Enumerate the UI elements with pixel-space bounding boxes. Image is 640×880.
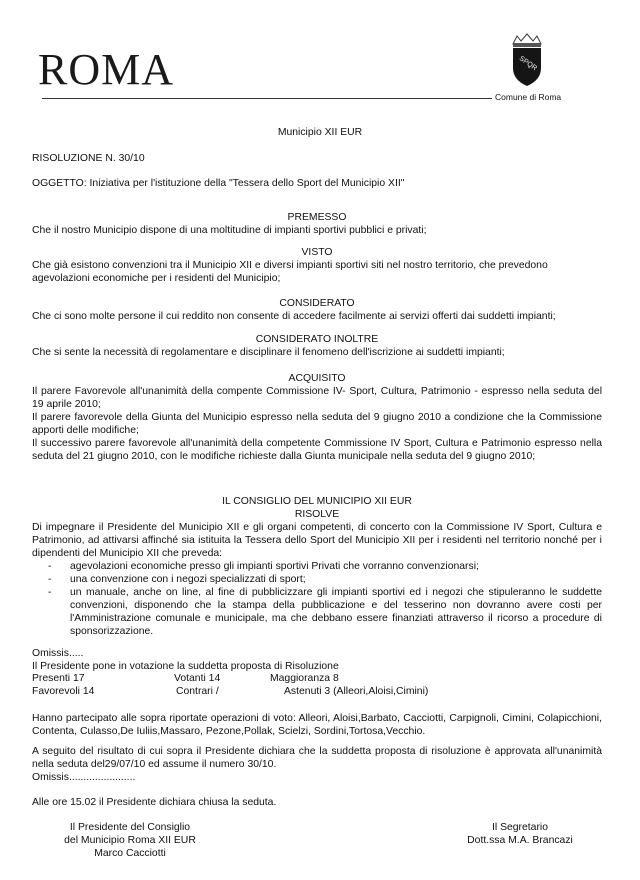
astenuti-count: Astenuti 3 (Alleori,Aloisi,Cimini) [284, 685, 428, 698]
acquisito-paragraph: Il parere Favorevole all'unanimità della… [32, 385, 602, 411]
considerato-text: Che ci sono molte persone il cui reddito… [32, 310, 602, 323]
favorevoli-count: Favorevoli 14 [32, 685, 94, 698]
risolve-heading: RISOLVE [32, 508, 602, 521]
maggioranza-count: Maggioranza 8 [270, 672, 339, 685]
bullet-item: -una convenzione con i negozi specializz… [32, 573, 602, 586]
oggetto-line: OGGETTO: Iniziativa per l'istituzione de… [32, 177, 404, 190]
omissis-1: Omissis..... [32, 647, 83, 660]
partecipanti-text: Hanno partecipato alle sopra riportate o… [32, 712, 602, 738]
presidente-signature: Il Presidente del Consiglio del Municipi… [50, 821, 210, 860]
risolve-body: Di impegnare il Presidente del Municipio… [32, 521, 602, 638]
considerato-inoltre-text: Che si sente la necessità di regolamenta… [32, 346, 602, 359]
acquisito-heading: ACQUISITO [32, 372, 602, 385]
comune-di-roma-caption: Comune di Roma [495, 92, 561, 102]
bullet-dash: - [48, 586, 51, 599]
roma-emblem-icon: SPQR [505, 32, 549, 88]
chiusura-text: Alle ore 15.02 il Presidente dichiara ch… [32, 796, 276, 809]
municipio-heading: Municipio XII EUR [0, 126, 640, 139]
bullet-dash: - [48, 573, 51, 586]
votanti-count: Votanti 14 [174, 672, 220, 685]
presenti-count: Presenti 17 [32, 672, 85, 685]
roma-logo: ROMA [38, 44, 174, 95]
acquisito-body: Il parere Favorevole all'unanimità della… [32, 385, 602, 463]
consiglio-heading: IL CONSIGLIO DEL MUNICIPIO XII EUR [32, 495, 602, 508]
acquisito-paragraph: Il successivo parere favorevole all'unan… [32, 437, 602, 463]
contrari-count: Contrari / [176, 685, 219, 698]
acquisito-paragraph: Il parere favorevole della Giunta del Mu… [32, 411, 602, 437]
header-rule [42, 98, 492, 99]
esito-text: A seguito del risultato di cui sopra il … [32, 745, 602, 771]
visto-heading: VISTO [32, 246, 602, 259]
bullet-item: -agevolazioni economiche presso gli impi… [32, 560, 602, 573]
omissis-2: Omissis....................... [32, 771, 135, 784]
considerato-heading: CONSIDERATO [32, 297, 602, 310]
visto-text: Che già esistono convenzioni tra il Muni… [32, 259, 602, 285]
premesso-heading: PREMESSO [32, 211, 602, 224]
bullet-dash: - [48, 560, 51, 573]
considerato-inoltre-heading: CONSIDERATO INOLTRE [32, 333, 602, 346]
risolve-text: Di impegnare il Presidente del Municipio… [32, 521, 602, 560]
bullet-item: -un manuale, anche on line, al fine di p… [32, 586, 602, 638]
risoluzione-number: RISOLUZIONE N. 30/10 [32, 152, 145, 165]
segretario-signature: Il Segretario Dott.ssa M.A. Brancazi [440, 821, 600, 847]
premesso-text: Che il nostro Municipio dispone di una m… [32, 224, 602, 237]
